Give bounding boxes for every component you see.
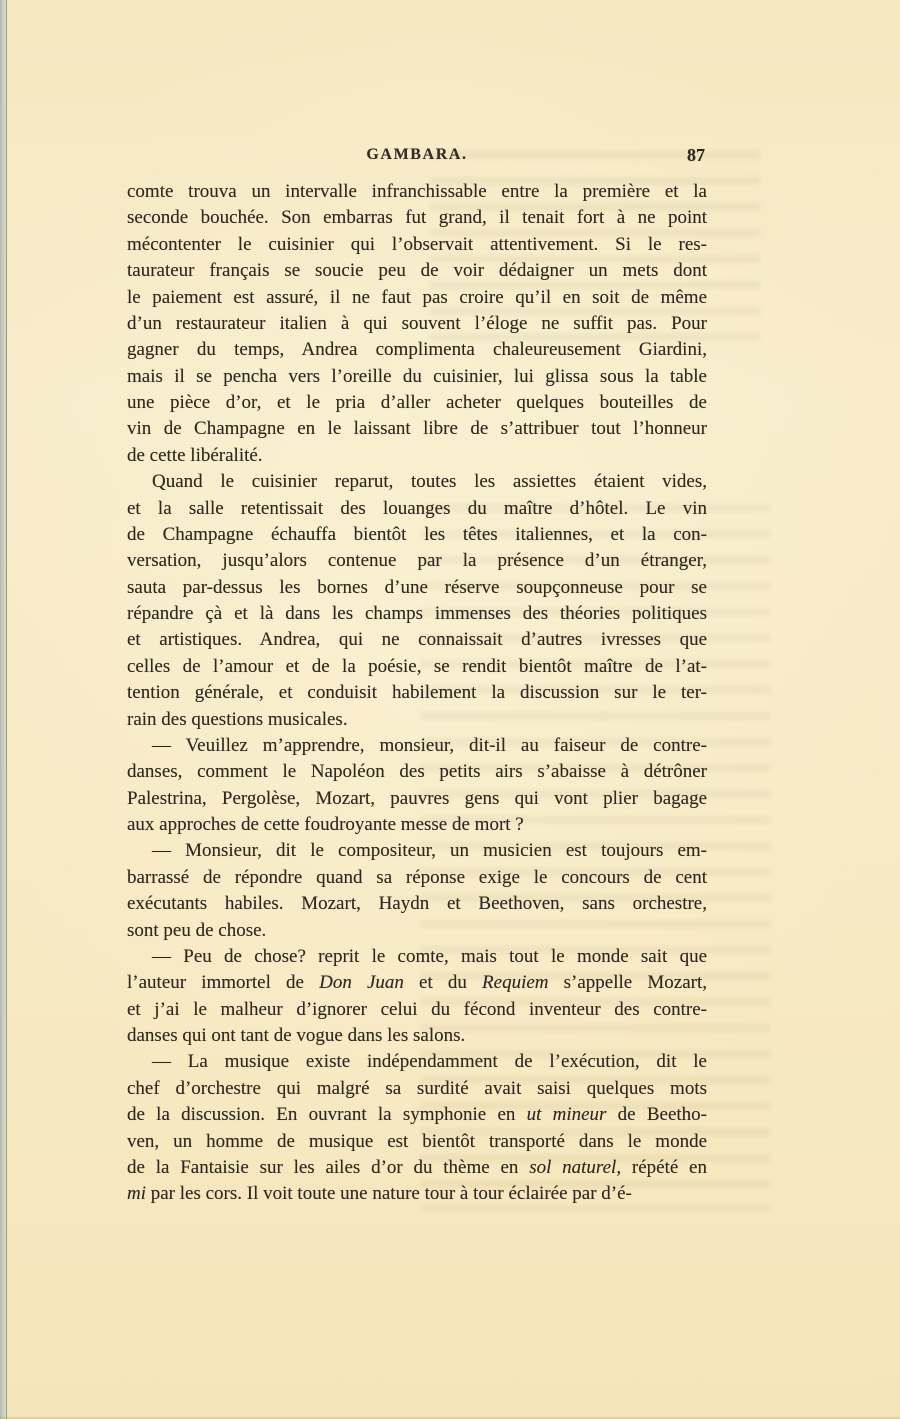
book-page: GAMBARA. 87 comte trouva un intervalle i…: [0, 0, 900, 1419]
paragraph: — Veuillez m’apprendre, monsieur, dit-il…: [127, 733, 707, 839]
text-line: et j’ai le malheur d’ignorer celui du fé…: [127, 997, 707, 1023]
scan-left-edge: [0, 0, 7, 1419]
text-line: une pièce d’or, et le pria d’aller achet…: [127, 390, 707, 416]
paragraph: — Peu de chose? reprit le comte, mais to…: [127, 944, 707, 1050]
text-line: d’un restaurateur italien à qui souvent …: [127, 311, 707, 337]
page-text: comte trouva un intervalle infranchissab…: [127, 179, 707, 1208]
text-line: exécutants habiles. Mozart, Haydn et Bee…: [127, 891, 707, 917]
page-number: 87: [687, 145, 705, 166]
text-line: comte trouva un intervalle infranchissab…: [127, 179, 707, 205]
text-line: — Veuillez m’apprendre, monsieur, dit-il…: [127, 733, 707, 759]
text-line: celles de l’amour et de la poésie, se re…: [127, 654, 707, 680]
text-line: sauta par-dessus les bornes d’une réserv…: [127, 575, 707, 601]
text-line: danses, comment le Napoléon des petits a…: [127, 759, 707, 785]
text-line: gagner du temps, Andrea complimenta chal…: [127, 337, 707, 363]
text-line: le paiement est assuré, il ne faut pas c…: [127, 285, 707, 311]
text-line: et artistiques. Andrea, qui ne connaissa…: [127, 627, 707, 653]
text-line: — Monsieur, dit le compositeur, un music…: [127, 838, 707, 864]
text-line: mécontenter le cuisinier qui l’observait…: [127, 232, 707, 258]
text-line: versation, jusqu’alors contenue par la p…: [127, 548, 707, 574]
text-line: de cette libéralité.: [127, 443, 707, 469]
paragraph: — Monsieur, dit le compositeur, un music…: [127, 838, 707, 944]
text-line: barrassé de répondre quand sa réponse ex…: [127, 865, 707, 891]
text-line: sont peu de chose.: [127, 918, 707, 944]
text-line: répandre çà et là dans les champs immens…: [127, 601, 707, 627]
text-line: rain des questions musicales.: [127, 707, 707, 733]
paragraph: — La musique existe indépendamment de l’…: [127, 1049, 707, 1207]
text-line: — La musique existe indépendamment de l’…: [127, 1049, 707, 1075]
text-line: chef d’orchestre qui malgré sa surdité a…: [127, 1076, 707, 1102]
text-line: Quand le cuisinier reparut, toutes les a…: [127, 469, 707, 495]
text-line: taurateur français se soucie peu de voir…: [127, 258, 707, 284]
text-line: et la salle retentissait des louanges du…: [127, 496, 707, 522]
text-line: de la Fantaisie sur les ailes d’or du th…: [127, 1155, 707, 1181]
text-line: vin de Champagne en le laissant libre de…: [127, 416, 707, 442]
text-line: Palestrina, Pergolèse, Mozart, pauvres g…: [127, 786, 707, 812]
paragraph: Quand le cuisinier reparut, toutes les a…: [127, 469, 707, 733]
text-line: l’auteur immortel de Don Juan et du Requ…: [127, 970, 707, 996]
text-line: aux approches de cette foudroyante messe…: [127, 812, 707, 838]
page-header: GAMBARA. 87: [127, 146, 707, 168]
text-line: — Peu de chose? reprit le comte, mais to…: [127, 944, 707, 970]
text-line: tention générale, et conduisit habilemen…: [127, 680, 707, 706]
text-line: seconde bouchée. Son embarras fut grand,…: [127, 205, 707, 231]
text-line: ven, un homme de musique est bientôt tra…: [127, 1129, 707, 1155]
text-line: danses qui ont tant de vogue dans les sa…: [127, 1023, 707, 1049]
text-line: mi par les cors. Il voit toute une natur…: [127, 1181, 707, 1207]
paragraph: comte trouva un intervalle infranchissab…: [127, 179, 707, 469]
text-line: mais il se pencha vers l’oreille du cuis…: [127, 364, 707, 390]
text-line: de la discussion. En ouvrant la symphoni…: [127, 1102, 707, 1128]
running-title: GAMBARA.: [127, 146, 707, 164]
text-line: de Champagne échauffa bientôt les têtes …: [127, 522, 707, 548]
